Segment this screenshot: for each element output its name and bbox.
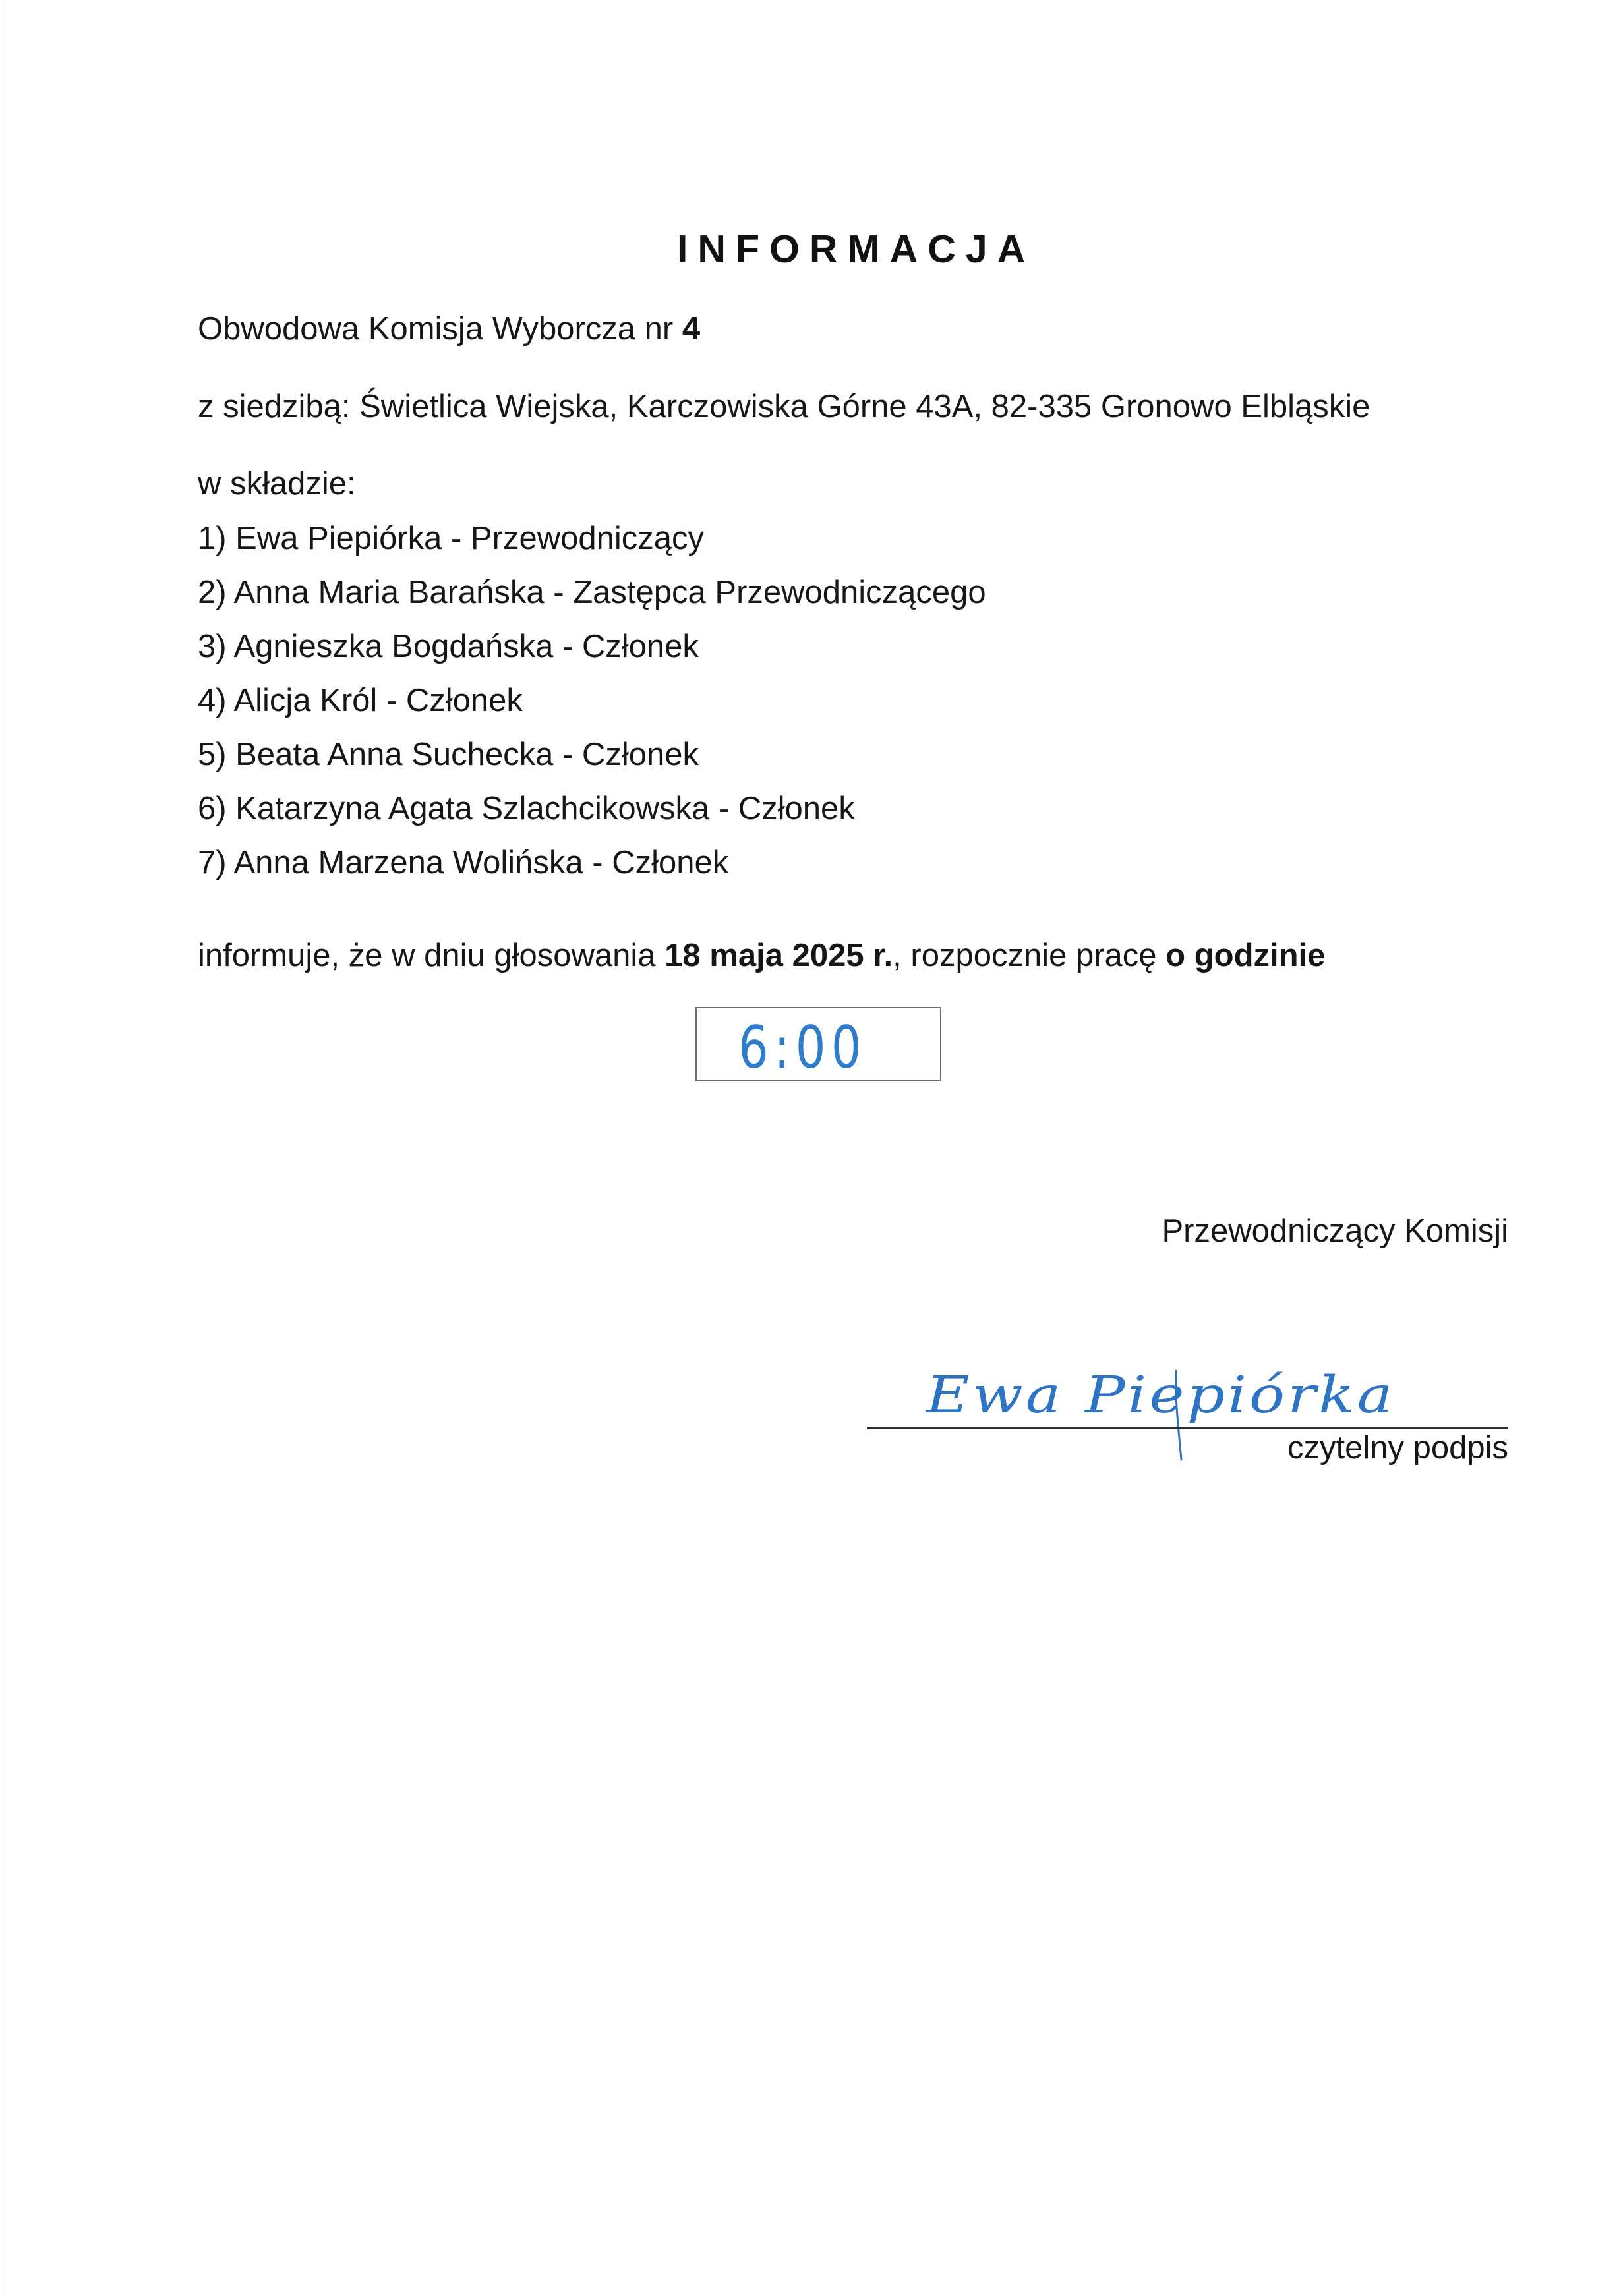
- document-page: INFORMACJA Obwodowa Komisja Wyborcza nr …: [0, 0, 1619, 2296]
- signature-line: [867, 1427, 1508, 1429]
- start-time-handwritten: 6:00: [738, 1015, 857, 1081]
- signature-caption: czytelny podpis: [1121, 1432, 1508, 1464]
- member-item: 5) Beata Anna Suchecka - Członek: [198, 739, 699, 771]
- time-label: o godzinie: [1165, 938, 1325, 973]
- member-item: 2) Anna Maria Barańska - Zastępca Przewo…: [198, 577, 986, 609]
- member-item: 7) Anna Marzena Wolińska - Członek: [198, 847, 728, 879]
- member-item: 3) Agnieszka Bogdańska - Członek: [198, 631, 699, 663]
- committee-line: Obwodowa Komisja Wyborcza nr 4: [198, 313, 700, 345]
- member-item: 1) Ewa Piepiórka - Przewodniczący: [198, 523, 704, 555]
- seat-line: z siedzibą: Świetlica Wiejska, Karczowis…: [198, 391, 1370, 423]
- signatory-title: Przewodniczący Komisji: [1121, 1215, 1508, 1248]
- voting-date: 18 maja 2025 r.: [664, 938, 893, 973]
- statement-part2: , rozpocznie pracę: [893, 938, 1165, 973]
- member-item: 6) Katarzyna Agata Szlachcikowska - Czło…: [198, 793, 855, 825]
- committee-number: 4: [682, 311, 700, 347]
- document-title: INFORMACJA: [677, 230, 1035, 269]
- scan-edge: [3, 0, 3, 2296]
- composition-label: w składzie:: [198, 468, 356, 500]
- handwritten-signature: Ewa Piepiórka: [926, 1367, 1395, 1423]
- statement-part1: informuje, że w dniu głosowania: [198, 938, 664, 973]
- member-item: 4) Alicja Król - Członek: [198, 685, 523, 717]
- statement-line: informuje, że w dniu głosowania 18 maja …: [198, 940, 1325, 972]
- committee-prefix: Obwodowa Komisja Wyborcza nr: [198, 311, 682, 347]
